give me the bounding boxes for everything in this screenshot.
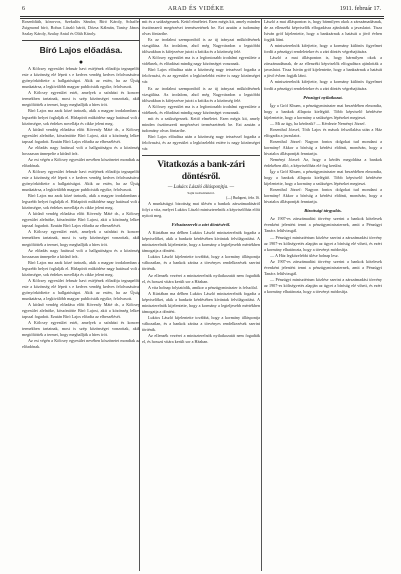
article-paragraph: A Kölcsey egyesület estéi, amelyek a szí… bbox=[22, 90, 140, 108]
article-paragraph: Bíró Lajos ma azok közé tartozik, akik a… bbox=[22, 108, 140, 126]
article-paragraph: Így a Gróf Khuen, a pénzügyminiszter mai… bbox=[264, 169, 382, 187]
headline: Vitatkozás a bank-zári döntésről. bbox=[142, 159, 260, 183]
article-paragraph: Az est végén a Kölcsey egyesület nevében… bbox=[22, 338, 140, 350]
column-1: Rosenblüth, körorvos, Szekulits Sándor, … bbox=[22, 19, 140, 571]
article-paragraph: Ez az irodalmi szempontból is az új irán… bbox=[142, 86, 260, 104]
article-paragraph: Az előadás nagy hatással volt a hallgató… bbox=[22, 145, 140, 157]
article-paragraph: Az 1907-es zárszámadási törvény szerint … bbox=[264, 216, 382, 234]
article-paragraph: A Kölcsey egyesület estéi, amelyek a szí… bbox=[22, 229, 140, 247]
column-2: mit és a szükségesnek. Kettő elméletet. … bbox=[142, 19, 260, 571]
intro-paragraph: Rosenblüth, körorvos, Szekulits Sándor, … bbox=[22, 19, 140, 37]
article-paragraph: mit és a szükségesnek. Kettő elméletet. … bbox=[142, 116, 260, 134]
article-paragraph: A miniszterelnök kifejtette, hogy a korm… bbox=[264, 79, 382, 91]
article-paragraph: — Pénzügyi minisztérium közlése szerint … bbox=[264, 277, 382, 295]
article-paragraph: A kitűnő vendég előadása előtt Kövesdy M… bbox=[22, 127, 140, 145]
article-paragraph: A Kúriában ma délben Lukács László minis… bbox=[142, 230, 260, 254]
article-paragraph: Bíró Lajos ma azok közé tartozik, akik a… bbox=[22, 193, 140, 211]
article-paragraph: — Pénzügyi minisztérium közlése szerint … bbox=[264, 235, 382, 253]
article-paragraph: mit és a szükségesnek. Kettő elméletet. … bbox=[142, 19, 260, 37]
article-paragraph: László a mai állásponton is, hogy bármil… bbox=[264, 19, 382, 43]
article-paragraph: Ez az irodalmi szempontból is az új irán… bbox=[142, 37, 260, 55]
header-rule bbox=[20, 16, 384, 17]
article-paragraph: Az előadás nagy hatással volt a hallgató… bbox=[22, 248, 140, 260]
article-paragraph: Az ellenzék vezérei a miniszterelnök nyi… bbox=[142, 273, 260, 285]
subheadline: — Lukács László állásponjtja. — bbox=[142, 184, 260, 191]
article-paragraph: Neményi József: Az, hogy a kérdés megold… bbox=[264, 157, 382, 169]
page-number: 6 bbox=[22, 6, 25, 12]
article-paragraph: Rosenthal József: Nagyon fontos dolgokat… bbox=[264, 139, 382, 157]
article-paragraph: Rosenthal József, Tóth Lajos és mások fe… bbox=[264, 127, 382, 139]
article-paragraph: Bíró Lajos ma azok közé tartozik, akik a… bbox=[22, 260, 140, 278]
article-paragraph: Rosenthal József: Nagyon fontos dolgokat… bbox=[264, 187, 382, 205]
article-paragraph: Bíró Lajos előadása után a közönség nagy… bbox=[142, 134, 260, 152]
article-paragraph: A Kölcsey egyesület ma is a legfontosabb… bbox=[142, 55, 260, 67]
article-paragraph: A Kölcsey egyesület estéi, amelyek a szí… bbox=[22, 320, 140, 338]
article-paragraph: A Kölcsey egyesület február havi estéjén… bbox=[22, 278, 140, 302]
article-paragraph: A Kölcsey egyesület február havi estéjén… bbox=[22, 66, 140, 90]
article-paragraph: A vita holnap folytatódik, amikor a pénz… bbox=[142, 285, 260, 291]
page-header: 6 ARAD ÉS VIDÉKE 1911. február 17. bbox=[0, 4, 401, 16]
article-paragraph: A Kölcsey egyesület ma is a legfontosabb… bbox=[142, 104, 260, 116]
article-paragraph: László a mai állásponton is, hogy bármil… bbox=[264, 55, 382, 79]
bullet-ornament-icon: ● bbox=[22, 58, 140, 66]
article-paragraph: Lukács László kijelentette továbbá, hogy… bbox=[142, 254, 260, 272]
masthead: ARAD ÉS VIDÉKE bbox=[168, 6, 224, 12]
article-paragraph: Lukács László kijelentette továbbá, hogy… bbox=[142, 315, 260, 333]
article-paragraph: A Kölcsey egyesület február havi estéjén… bbox=[22, 169, 140, 193]
section-heading: Pénzügyi nyilatkozat. bbox=[264, 94, 382, 101]
section-heading: Bizottsági tárgyalás. bbox=[264, 207, 382, 214]
article-paragraph: A miniszterelnök kifejtette, hogy a korm… bbox=[264, 43, 382, 55]
column-3: László a mai állásponton is, hogy bármil… bbox=[264, 19, 382, 571]
section-heading: Félszázezerelt a zárt döntéséről. bbox=[142, 221, 260, 228]
article-paragraph: Így a Gróf Khuen, a pénzügyminiszter mai… bbox=[264, 103, 382, 121]
article-paragraph: Bíró Lajos előadása után a közönség nagy… bbox=[142, 67, 260, 85]
issue-date: 1911. február 17. bbox=[340, 6, 381, 12]
article-divider bbox=[22, 40, 140, 41]
column-divider-2 bbox=[261, 19, 262, 571]
article-paragraph: Az est végén a Kölcsey egyesület nevében… bbox=[22, 157, 140, 169]
article-divider bbox=[142, 155, 260, 156]
article-paragraph: A Kúriában ma délben Lukács László minis… bbox=[142, 291, 260, 315]
article-paragraph: — Mi az ügy, ha kérdezik? — Kérdezte Nem… bbox=[264, 121, 382, 127]
article-title: Bíró Lajos előadása. bbox=[22, 45, 140, 56]
article-paragraph: Az 1907-es zárszámadási törvény szerint … bbox=[264, 259, 382, 277]
lead-paragraph: A munkásügyi bizottság mai ülésén a bank… bbox=[142, 201, 260, 219]
article-paragraph: A kitűnő vendég előadása előtt Kövesdy M… bbox=[22, 211, 140, 229]
article-paragraph: A kitűnő vendég előadása előtt Kövesdy M… bbox=[22, 302, 140, 320]
article-paragraph: Az ellenzék vezérei a miniszterelnök nyi… bbox=[142, 333, 260, 345]
